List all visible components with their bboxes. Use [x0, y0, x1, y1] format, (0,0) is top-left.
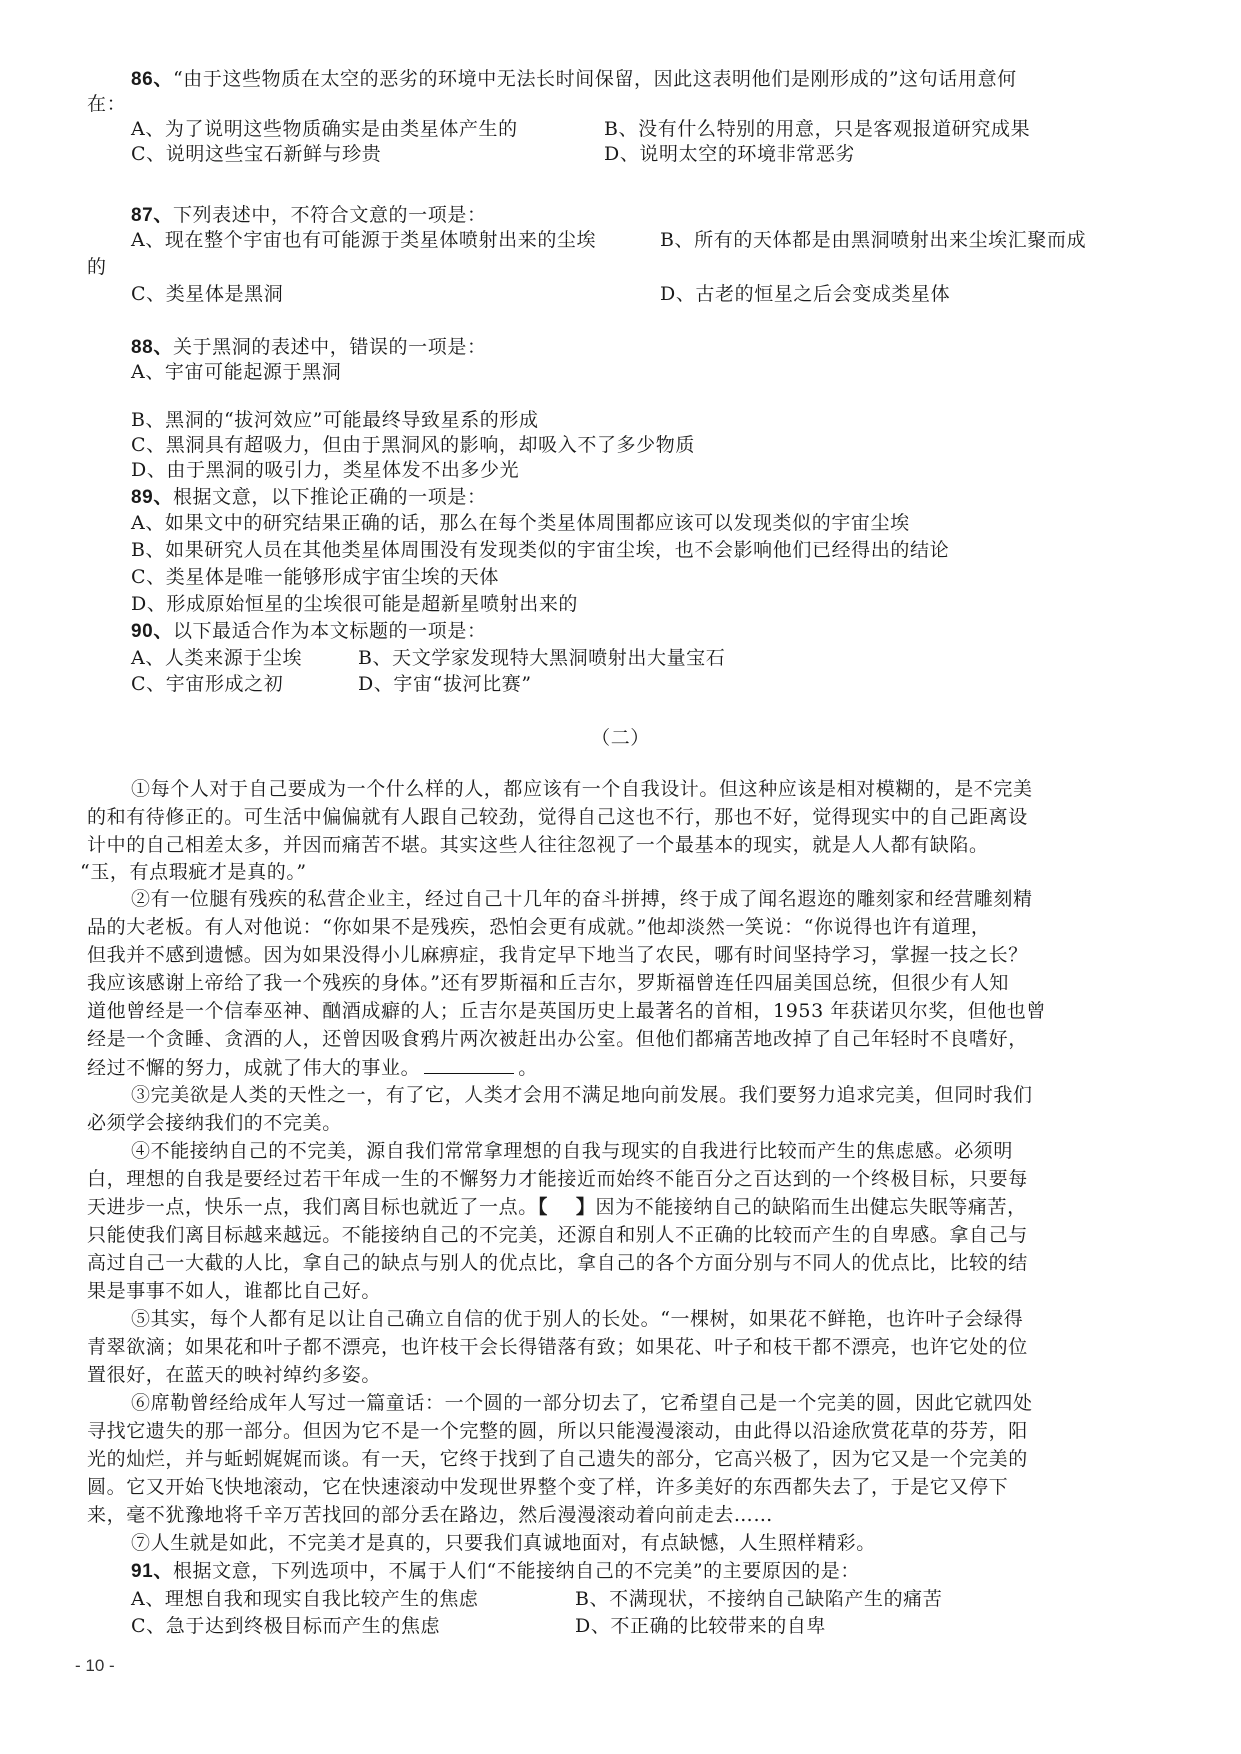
q89-option-b: B、如果研究人员在其他类星体周围没有发现类似的宇宙尘埃，也不会影响他们已经得出的…: [131, 538, 949, 563]
passage-p2-line: 经过不懈的努力，成就了伟大的事业。。: [87, 1055, 538, 1081]
fill-in-blank: [424, 1055, 514, 1074]
passage-p1-line: “玉，有点瑕疵才是真的。”: [80, 860, 307, 885]
passage-p5-line: ⑤其实，每个人都有足以让自己确立自信的优于别人的长处。“一棵树，如果花不鲜艳，也…: [131, 1307, 1023, 1332]
passage-p2-line: 品的大老板。有人对他说：“你如果不是残疾，恐怕会更有成就。”他却淡然一笑说：“你…: [87, 915, 990, 940]
bracket-blank-close: 】: [576, 1196, 596, 1218]
passage-p4-line: 高过自己一大截的人比，拿自己的缺点与别人的优点比，拿自己的各个方面分别与不同人的…: [87, 1251, 1028, 1276]
question-90-stem: 90、以下最适合作为本文标题的一项是：: [131, 619, 487, 644]
q87-option-b-wrap: 的: [87, 255, 107, 280]
q87-option-b: B、所有的天体都是由黑洞喷射出来尘埃汇聚而成: [660, 228, 1086, 253]
question-number: 88、: [131, 337, 173, 358]
page-number: - 10 -: [75, 1656, 115, 1676]
q90-option-a: A、人类来源于尘埃: [131, 646, 302, 671]
passage-p1-line: ①每个人对于自己要成为一个什么样的人，都应该有一个自我设计。但这种应该是相对模糊…: [131, 777, 1033, 802]
q90-option-d: D、宇宙“拔河比赛”: [358, 672, 532, 697]
q86-option-b: B、没有什么特别的用意，只是客观报道研究成果: [604, 117, 1030, 142]
q86-option-d: D、说明太空的环境非常恶劣: [604, 142, 855, 167]
question-87-stem: 87、下列表述中，不符合文意的一项是：: [131, 203, 487, 228]
passage-p6-line: 圆。它又开始飞快地滚动，它在快速滚动中发现世界整个变了样，许多美好的东西都失去了…: [87, 1475, 1008, 1500]
question-number: 86、: [131, 69, 173, 90]
q91-option-a: A、理想自我和现实自我比较产生的焦虑: [131, 1587, 479, 1612]
q91-option-c: C、急于达到终极目标而产生的焦虑: [131, 1614, 440, 1639]
passage-p1-line: 的和有待修正的。可生活中偏偏就有人跟自己较劲，觉得自己这也不行，那也不好，觉得现…: [87, 805, 1028, 830]
passage-p4-line: 果是事事不如人，谁都比自己好。: [87, 1279, 381, 1304]
q90-option-b: B、天文学家发现特大黑洞喷射出大量宝石: [358, 646, 725, 671]
passage-p6-line: 光的灿烂，并与蚯蚓娓娓而谈。有一天，它终于找到了自己遗失的部分，它高兴极了，因为…: [87, 1447, 1028, 1472]
passage-p2-line: 道他曾经是一个信奉巫神、酗酒成癖的人；丘吉尔是英国历史上最著名的首相，1953 …: [87, 999, 1046, 1024]
passage-p2-line: 我应该感谢上帝给了我一个残疾的身体。”还有罗斯福和丘吉尔，罗斯福曾连任四届美国总…: [87, 971, 1009, 996]
question-91-stem: 91、根据文意，下列选项中，不属于人们“不能接纳自己的不完美”的主要原因的是：: [131, 1559, 860, 1584]
passage-p7-line: ⑦人生就是如此，不完美才是真的，只要我们真诚地面对，有点缺憾，人生照样精彩。: [131, 1531, 876, 1556]
question-86-stem: 86、“由于这些物质在太空的恶劣的环境中无法长时间保留，因此这表明他们是刚形成的…: [131, 67, 1017, 92]
question-86-stem-wrap: 在：: [87, 92, 126, 117]
passage-p1-line: 计中的自己相差太多，并因而痛苦不堪。其实这些人往往忽视了一个最基本的现实，就是人…: [87, 833, 989, 858]
q89-option-c: C、类星体是唯一能够形成宇宙尘埃的天体: [131, 565, 499, 590]
q89-option-a: A、如果文中的研究结果正确的话，那么在每个类星体周围都应该可以发现类似的宇宙尘埃: [131, 511, 910, 536]
q88-option-d: D、由于黑洞的吸引力，类星体发不出多少光: [131, 458, 519, 483]
passage-p5-line: 青翠欲滴；如果花和叶子都不漂亮，也许枝干会长得错落有致；如果花、叶子和枝干都不漂…: [87, 1335, 1028, 1360]
question-89-stem: 89、根据文意，以下推论正确的一项是：: [131, 485, 487, 510]
q91-option-b: B、不满现状，不接纳自己缺陷产生的痛苦: [575, 1587, 942, 1612]
q87-option-d: D、古老的恒星之后会变成类星体: [660, 282, 950, 307]
passage-p2-line: 但我并不感到遗憾。因为如果没得小儿麻痹症，我肯定早下地当了农民，哪有时间坚持学习…: [87, 943, 1028, 968]
passage-p4-line: 白，理想的自我是要经过若干年成一生的不懈努力才能接近而始终不能百分之百达到的一个…: [87, 1167, 1028, 1192]
passage-p2-line: ②有一位腿有残疾的私营企业主，经过自己十几年的奋斗拼搏，终于成了闻名遐迩的雕刻家…: [131, 887, 1033, 912]
passage-p4-line: 天进步一点，快乐一点，我们离目标也就近了一点。【】因为不能接纳自己的缺陷而生出健…: [87, 1195, 1027, 1220]
passage-p6-line: ⑥席勒曾经给成年人写过一篇童话：一个圆的一部分切去了，它希望自己是一个完美的圆，…: [131, 1391, 1033, 1416]
section-title: （二）: [0, 726, 1241, 751]
passage-p5-line: 置很好，在蓝天的映衬绰约多姿。: [87, 1363, 381, 1388]
passage-p4-line: 只能使我们离目标越来越远。不能接纳自己的不完美，还源自和别人不正确的比较而产生的…: [87, 1223, 1028, 1248]
q87-option-c: C、类星体是黑洞: [131, 282, 283, 307]
q88-option-a: A、宇宙可能起源于黑洞: [131, 360, 341, 385]
passage-p4-line: ④不能接纳自己的不完美，源自我们常常拿理想的自我与现实的自我进行比较而产生的焦虑…: [131, 1139, 1013, 1164]
question-88-stem: 88、关于黑洞的表述中，错误的一项是：: [131, 335, 487, 360]
q91-option-d: D、不正确的比较带来的自卑: [575, 1614, 826, 1639]
q88-option-c: C、黑洞具有超吸力，但由于黑洞风的影响，却吸入不了多少物质: [131, 433, 695, 458]
q87-option-a: A、现在整个宇宙也有可能源于类星体喷射出来的尘埃: [131, 228, 596, 253]
question-number: 90、: [131, 621, 173, 642]
question-number: 91、: [131, 1561, 173, 1582]
passage-p6-line: 寻找它遗失的那一部分。但因为它不是一个完整的圆，所以只能漫漫滚动，由此得以沿途欣…: [87, 1419, 1028, 1444]
passage-p6-line: 来，毫不犹豫地将千辛万苦找回的部分丢在路边，然后漫漫滚动着向前走去……: [87, 1503, 773, 1528]
q88-option-b: B、黑洞的“拔河效应”可能最终导致星系的形成: [131, 408, 539, 433]
passage-p3-line: ③完美欲是人类的天性之一，有了它，人类才会用不满足地向前发展。我们要努力追求完美…: [131, 1083, 1033, 1108]
passage-p2-line: 经是一个贪睡、贪酒的人，还曾因吸食鸦片两次被赶出办公室。但他们都痛苦地改掉了自己…: [87, 1027, 1028, 1052]
q90-option-c: C、宇宙形成之初: [131, 672, 283, 697]
q86-option-c: C、说明这些宝石新鲜与珍贵: [131, 142, 381, 167]
passage-p3-line: 必须学会接纳我们的不完美。: [87, 1111, 342, 1136]
bracket-blank-open: 【: [538, 1196, 548, 1218]
question-number: 89、: [131, 487, 173, 508]
q86-option-a: A、为了说明这些物质确实是由类星体产生的: [131, 117, 518, 142]
q89-option-d: D、形成原始恒星的尘埃很可能是超新星喷射出来的: [131, 592, 578, 617]
question-number: 87、: [131, 205, 173, 226]
